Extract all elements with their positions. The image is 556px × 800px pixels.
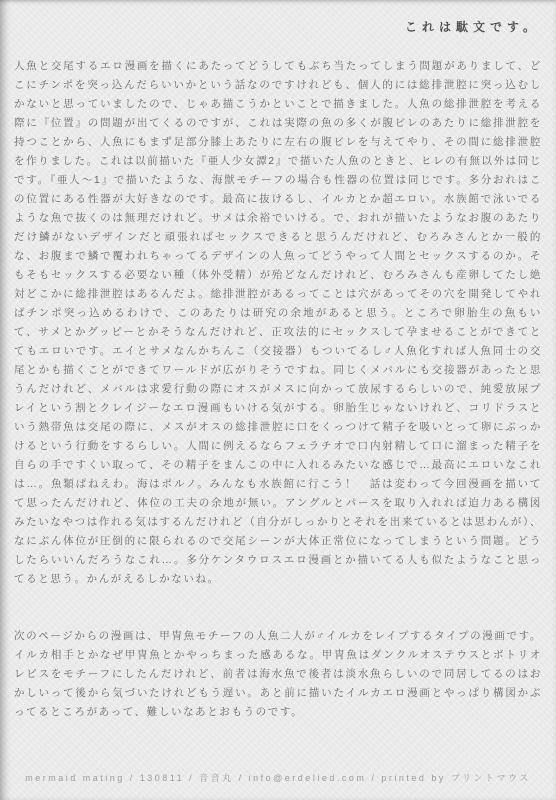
paragraph-next-page-note: 次のページからの漫画は、甲冑魚モチーフの人魚二人が♂イルカをレイプするタイプの漫…	[14, 627, 542, 722]
scanned-afterword-page: これは駄文です。 人魚と交尾するエロ漫画を描くにあたってどうしてもぶち当たってし…	[0, 0, 556, 800]
body-text: 人魚と交尾するエロ漫画を描くにあたってどうしてもぶち当たってしまう問題がありまし…	[14, 57, 542, 722]
page-title: これは駄文です。	[16, 18, 540, 35]
paragraph-main: 人魚と交尾するエロ漫画を描くにあたってどうしてもぶち当たってしまう問題がありまし…	[14, 57, 542, 589]
footer-credits: mermaid mating / 130811 / 音音丸 / info@erd…	[0, 771, 556, 784]
